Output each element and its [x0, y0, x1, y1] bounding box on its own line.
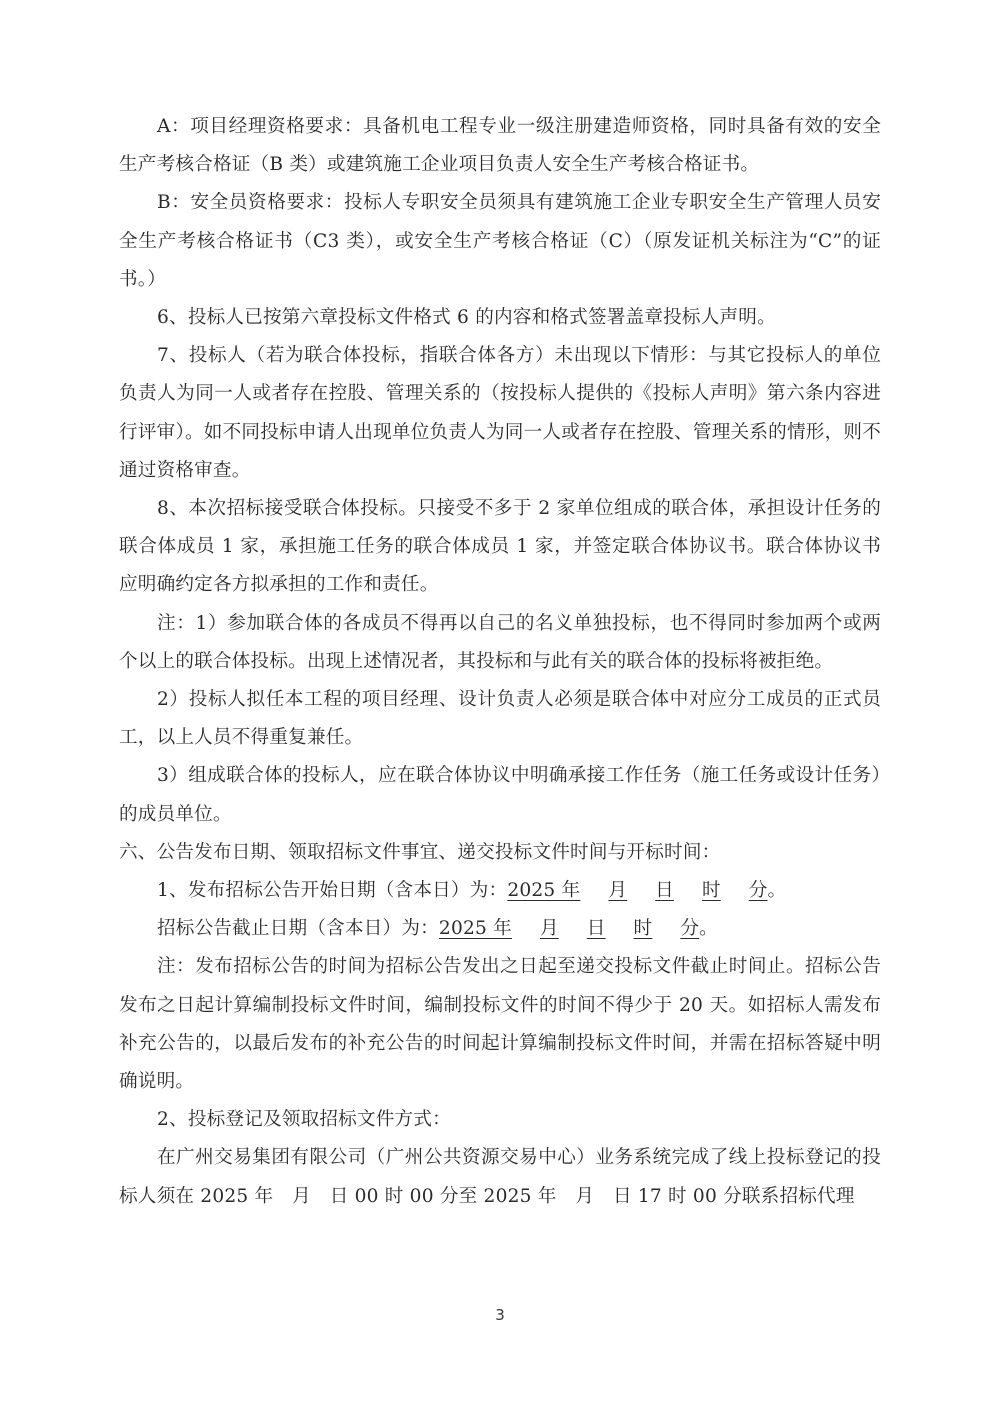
paragraph-item-7: 7、投标人（若为联合体投标，指联合体各方）未出现以下情形：与其它投标人的单位负责… — [119, 337, 881, 490]
paragraph-item-6: 6、投标人已按第六章投标文件格式 6 的内容和格式签署盖章投标人声明。 — [119, 299, 881, 337]
paragraph-note-time: 注：发布招标公告的时间为招标公告发出之日起至递交投标文件截止时间止。招标公告发布… — [119, 948, 881, 1101]
paragraph-b-safety-officer: B：安全员资格要求：投标人专职安全员须具有建筑施工企业专职安全生产管理人员安全生… — [119, 184, 881, 299]
start-date-value: 2025 年月日时分 — [507, 880, 767, 901]
paragraph-item-2-body: 在广州交易集团有限公司（广州公共资源交易中心）业务系统完成了线上投标登记的投标人… — [119, 1139, 881, 1215]
paragraph-item-2: 2、投标登记及领取招标文件方式： — [119, 1101, 881, 1139]
section-6-heading: 六、公告发布日期、领取招标文件事宜、递交投标文件时间与开标时间： — [119, 834, 881, 872]
paragraph-item-8: 8、本次招标接受联合体投标。只接受不多于 2 家单位组成的联合体，承担设计任务的… — [119, 490, 881, 605]
page-number: 3 — [0, 1306, 1000, 1324]
paragraph-a-project-manager: A：项目经理资格要求：具备机电工程专业一级注册建造师资格，同时具备有效的安全生产… — [119, 108, 881, 184]
paragraph-note-3: 3）组成联合体的投标人，应在联合体协议中明确承接工作任务（施工任务或设计任务）的… — [119, 757, 881, 833]
end-date-label: 招标公告截止日期（含本日）为： — [157, 918, 439, 939]
end-date-line: 招标公告截止日期（含本日）为：2025 年月日时分。 — [119, 910, 881, 948]
paragraph-note-2: 2）投标人拟任本工程的项目经理、设计负责人必须是联合体中对应分工成员的正式员工，… — [119, 681, 881, 757]
end-date-value: 2025 年月日时分 — [439, 918, 699, 939]
document-page: A：项目经理资格要求：具备机电工程专业一级注册建造师资格，同时具备有效的安全生产… — [119, 108, 881, 1216]
start-date-label: 1、发布招标公告开始日期（含本日）为： — [157, 880, 507, 901]
start-date-line: 1、发布招标公告开始日期（含本日）为：2025 年月日时分。 — [119, 872, 881, 910]
paragraph-note-1: 注：1）参加联合体的各成员不得再以自己的名义单独投标，也不得同时参加两个或两个以… — [119, 605, 881, 681]
